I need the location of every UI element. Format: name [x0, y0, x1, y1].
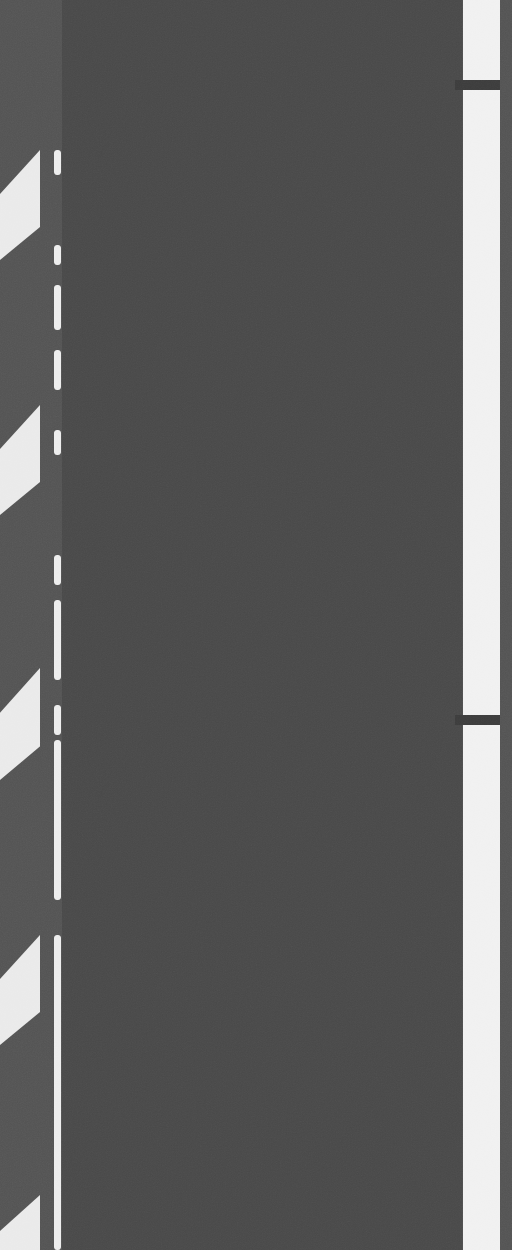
road-aerial-image [0, 0, 512, 1250]
asphalt-texture [0, 0, 512, 1250]
